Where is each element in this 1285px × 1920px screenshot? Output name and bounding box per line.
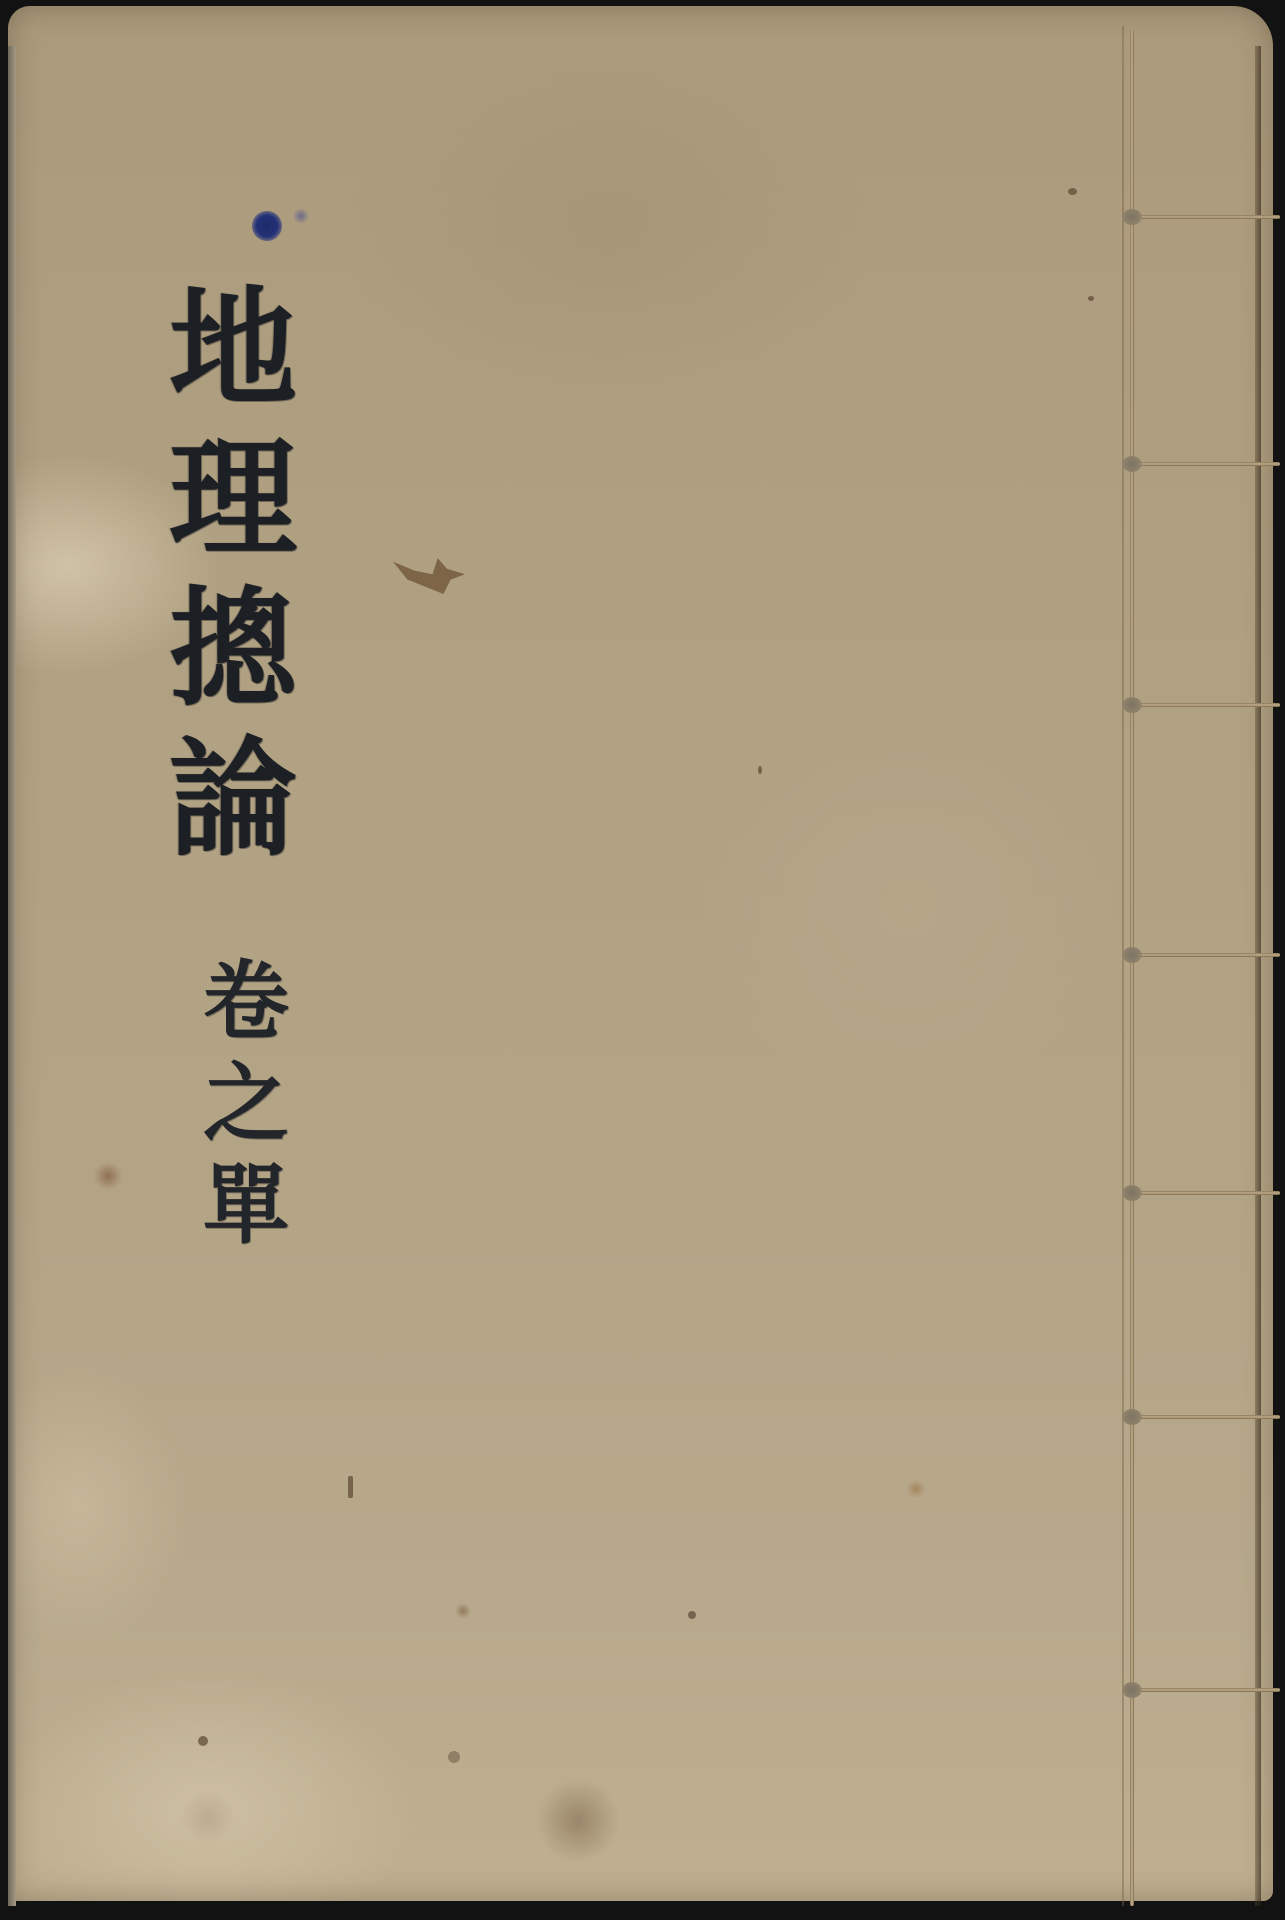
blue-ink-smudge [293,209,309,223]
volume-label: 卷 之 單 [186,951,306,1257]
title-char-2: 理 [169,424,297,574]
paper-speck [348,1476,353,1498]
binding-tie [1130,215,1280,219]
paper-speck [1088,296,1094,301]
paper-speck [198,1736,208,1746]
volume-char-2: 之 [203,1053,289,1155]
stitch-binding [1116,6,1281,1920]
binding-knot [1122,947,1142,963]
binding-tie [1130,703,1280,707]
binding-knot [1122,697,1142,713]
paper-speck [1068,188,1077,195]
book-title: 地 理 摠 論 [148,274,318,874]
binding-tie [1130,462,1280,466]
title-char-4: 論 [169,724,297,874]
binding-tie [1130,953,1280,957]
binding-vertical-cord [1130,30,1134,1906]
binding-knot [1122,1682,1142,1698]
brown-stain [393,558,465,594]
paper-speck [448,1751,460,1763]
title-char-1: 地 [169,274,297,424]
binding-knot [1122,1409,1142,1425]
binding-knot [1122,209,1142,225]
binding-tie [1130,1191,1280,1195]
cover-left-edge [8,46,16,1906]
binding-tie [1130,1688,1280,1692]
volume-char-3: 單 [203,1155,289,1257]
blue-ink-dot [252,211,282,241]
binding-tie [1130,1415,1280,1419]
binding-fold-line [1122,26,1124,1906]
binding-knot [1122,1185,1142,1201]
paper-speck [688,1611,696,1619]
volume-char-1: 卷 [203,951,289,1053]
binding-knot [1122,456,1142,472]
book-cover: 地 理 摠 論 卷 之 單 [8,6,1273,1901]
title-char-3: 摠 [169,574,297,724]
paper-speck [758,766,762,774]
